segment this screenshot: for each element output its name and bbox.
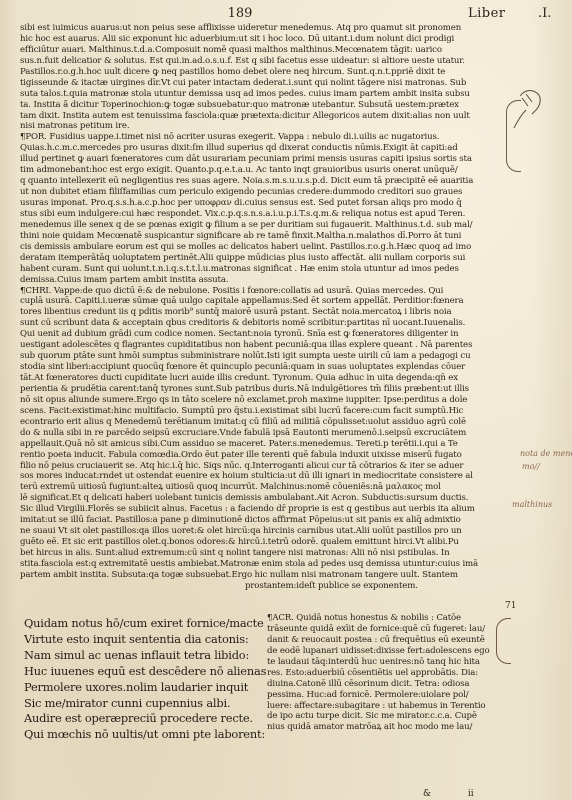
- commentary-line: uestigant adolescētes q flagrantes cupid…: [20, 340, 514, 351]
- verse-line: Permolere uxores.nolim laudarier inquit: [24, 680, 264, 696]
- commentary-line: lē significat.Et q delicati haberi uoleb…: [20, 493, 514, 504]
- gloss-line: de eodē lupanari uidisset:dixisse fert:a…: [267, 646, 517, 657]
- commentary-line: stus sibi eum indulgere:cui hæc responde…: [20, 209, 514, 220]
- commentary-line: efficiūtur auari. Malthinus.t.d.a.Compos…: [20, 45, 514, 56]
- commentary-line: nō sit opus aliunde sumere.Ergo qs in tā…: [20, 395, 514, 406]
- gloss-line: pessima. Huc:ad fornicē. Permolere:uiola…: [267, 690, 517, 701]
- commentary-line: tam dixit. Instita autem est tenuissima …: [20, 111, 514, 122]
- verse-block: Quidam notus hō/cum exiret fornice/macte…: [24, 616, 264, 743]
- commentary-line: econtrario erit alius q Menedemū terētia…: [20, 417, 514, 428]
- commentary-line: suta talos.t.quia matronæ stola utuntur …: [20, 89, 514, 100]
- commentary-line: Pastillos.r.o.g.h.hoc uult dicere ꝙ neq …: [20, 67, 514, 78]
- verse-line: Huc iuuenes equū est descēdere nō aliena…: [24, 664, 264, 680]
- commentary-line: cis demissis ambulare eorum est qui se m…: [20, 242, 514, 253]
- marginal-note-menedemus: nota de mene: [520, 449, 572, 458]
- gloss-line: diuina.Catonē illū cēsorinum dicit. Tetr…: [267, 679, 517, 690]
- commentary-line: ne suaui Vt sit olet pastillos:qa illos …: [20, 526, 514, 537]
- commentary-line: thini noie quidam Mecœnatē suspicantur s…: [20, 231, 514, 242]
- commentary-line: do & nulla sibi in re parcēdo seipsū exc…: [20, 428, 514, 439]
- commentary-line: stodia sint liberi:accipiunt quocūq fœno…: [20, 362, 514, 373]
- commentary-line: Quias.h.c.m.c.mercedes pro usuras dixit:…: [20, 143, 514, 154]
- book-number: .I.: [538, 6, 551, 21]
- gloss-bracket: [496, 618, 511, 664]
- commentary-line: sub quorum ptāte sunt hmōi sumptus submi…: [20, 351, 514, 362]
- commentary-line: sos mores inducat:rndet ut ostendat euen…: [20, 471, 514, 482]
- marginal-note-number: 71: [505, 601, 516, 611]
- commentary-line: q quanto intellexerit eū negligentius re…: [20, 176, 514, 187]
- signature-line: & ii: [423, 789, 508, 799]
- commentary-line: tim admonebant:hoc est ergo exigit. Quan…: [20, 165, 514, 176]
- commentary-line: tāt.At fœneratores ducti cupiditate lucr…: [20, 373, 514, 384]
- commentary-line: prostantem:ideſt publice se exponentem.: [20, 581, 514, 592]
- commentary-block: sibi est iuimicus auarus:ut non peius se…: [20, 23, 514, 592]
- margin-bracket: [506, 100, 521, 172]
- gloss-line: luere: affectare:subagitare : ut habemus…: [267, 701, 517, 712]
- commentary-line: Sic illud Virgilii.Florēs se subiicit al…: [20, 504, 514, 515]
- commentary-line: demissa.Cuius imam partem ambit instita …: [20, 275, 514, 286]
- gloss-line: ¶ACR. Quidā notus honestus & nobilis : C…: [267, 613, 517, 624]
- commentary-line: imitat:ut se illū faciat. Pastillos:a pa…: [20, 515, 514, 526]
- commentary-line: cuplā usurā. Capiti.i.ueræ sūmæ quā uulg…: [20, 296, 514, 307]
- commentary-line: sibi est iuimicus auarus:ut non peius se…: [20, 23, 514, 34]
- commentary-line: partem ambit instita. Subsuta:qa togæ su…: [20, 570, 514, 581]
- commentary-line: usuras imponat. Pro.q.s.s.h.a.c.p.hoc pe…: [20, 198, 514, 209]
- commentary-line: menedemus ille senex q de se pœnas exigi…: [20, 220, 514, 231]
- gloss-line: de ipo actu turpe dicit. Sic me mirator.…: [267, 711, 517, 722]
- marginal-note-menedemus-cont: mo//: [522, 462, 540, 471]
- commentary-line: Qui uenit ad dubium grādi cum codice nom…: [20, 329, 514, 340]
- commentary-line: guēto eē. Et sic erit pastillos olet.q.b…: [20, 537, 514, 548]
- commentary-line: deratam itemperātāq uoluptatem pertinēt.…: [20, 253, 514, 264]
- commentary-line: rentio poeta inducit. Fabula comœdia.Ord…: [20, 450, 514, 461]
- commentary-line: nisi matronas petitum ire.: [20, 121, 514, 132]
- commentary-line: tigisseunde & itactæ uirgines dīr.Vt cui…: [20, 78, 514, 89]
- verse-line: Nam simul ac uenas inflauit tetra libido…: [24, 648, 264, 664]
- book-page: 189 Liber .I. sibi est iuimicus auarus:u…: [0, 0, 572, 800]
- commentary-line: filio nō peius cruciauerit se. Atq hic.i…: [20, 461, 514, 472]
- commentary-line: stita.fasciola est:q extremitatē uestis …: [20, 559, 514, 570]
- commentary-line: ta. Instita ā̄ dicitur Toperinochion:ꝙ t…: [20, 100, 514, 111]
- gloss-line: te laudaui tāq:interdū huc uenires:nō ta…: [267, 657, 517, 668]
- commentary-line: tores libentius credunt iis q pditis mor…: [20, 307, 514, 318]
- commentary-line: bet hircus in alis. Sunt:aliud extremum:…: [20, 548, 514, 559]
- verse-line: Quidam notus hō/cum exiret fornice/macte: [24, 616, 264, 632]
- commentary-line: appellauit.Quā nō sit amicus sibi.Cum as…: [20, 439, 514, 450]
- commentary-line: hic hoc est auarus. Alii sic exponunt hi…: [20, 34, 514, 45]
- running-head: Liber: [468, 6, 506, 21]
- gloss-line: nius quidā amator matrōaꝝ ait hoc modo m…: [267, 722, 517, 733]
- verse-line: Sic me/mirator cunni cupennius albi.: [24, 696, 264, 712]
- folio-number: 189: [220, 6, 260, 21]
- verse-line: Qui mœchis nō uultis/ut omni pte laboren…: [24, 727, 264, 743]
- marginal-note-malthinus: malthinus: [512, 500, 552, 509]
- verse-line: Audire est operæpreciū procedere recte.: [24, 711, 264, 727]
- gloss-line: danit & reuocauit postea : cū frequētius…: [267, 635, 517, 646]
- commentary-line: ¶POR. Fusidius uappe.i.timet nisi nō acr…: [20, 132, 514, 143]
- commentary-line: ut non dubitet etiam filiſfamilias cum p…: [20, 187, 514, 198]
- gloss-line: res. Esto:aduerbiū cōsentiētis uel appro…: [267, 668, 517, 679]
- gloss-line: trāseunte quidā exīit de fornice:quē cū …: [267, 624, 517, 635]
- commentary-line: scens. Facit:existimat:hinc multifacio. …: [20, 406, 514, 417]
- commentary-line: sunt cū scribunt data & acceptain qbus c…: [20, 318, 514, 329]
- verse-line: Virtute esto inquit sententia dia catoni…: [24, 632, 264, 648]
- commentary-line: ¶CHRI. Vappe:de quo dictū ē:& de nebulon…: [20, 286, 514, 297]
- commentary-line: perientia & prudētia carent:tanq̄ tyrone…: [20, 384, 514, 395]
- commentary-line: sus.n.fuit delicatior & solutus. Est qui…: [20, 56, 514, 67]
- signature-mark: ii: [468, 789, 474, 799]
- catchword: &: [423, 789, 431, 799]
- commentary-line: habent curam. Sunt qui uolunt.t.n.i.q.s.…: [20, 264, 514, 275]
- commentary-line: illud pertinet ꝙ auari fœneratores cum d…: [20, 154, 514, 165]
- gloss-block: ¶ACR. Quidā notus honestus & nobilis : C…: [267, 613, 517, 733]
- commentary-line: terū extremū uitiosū fugiunt:alteꝝ uitio…: [20, 482, 514, 493]
